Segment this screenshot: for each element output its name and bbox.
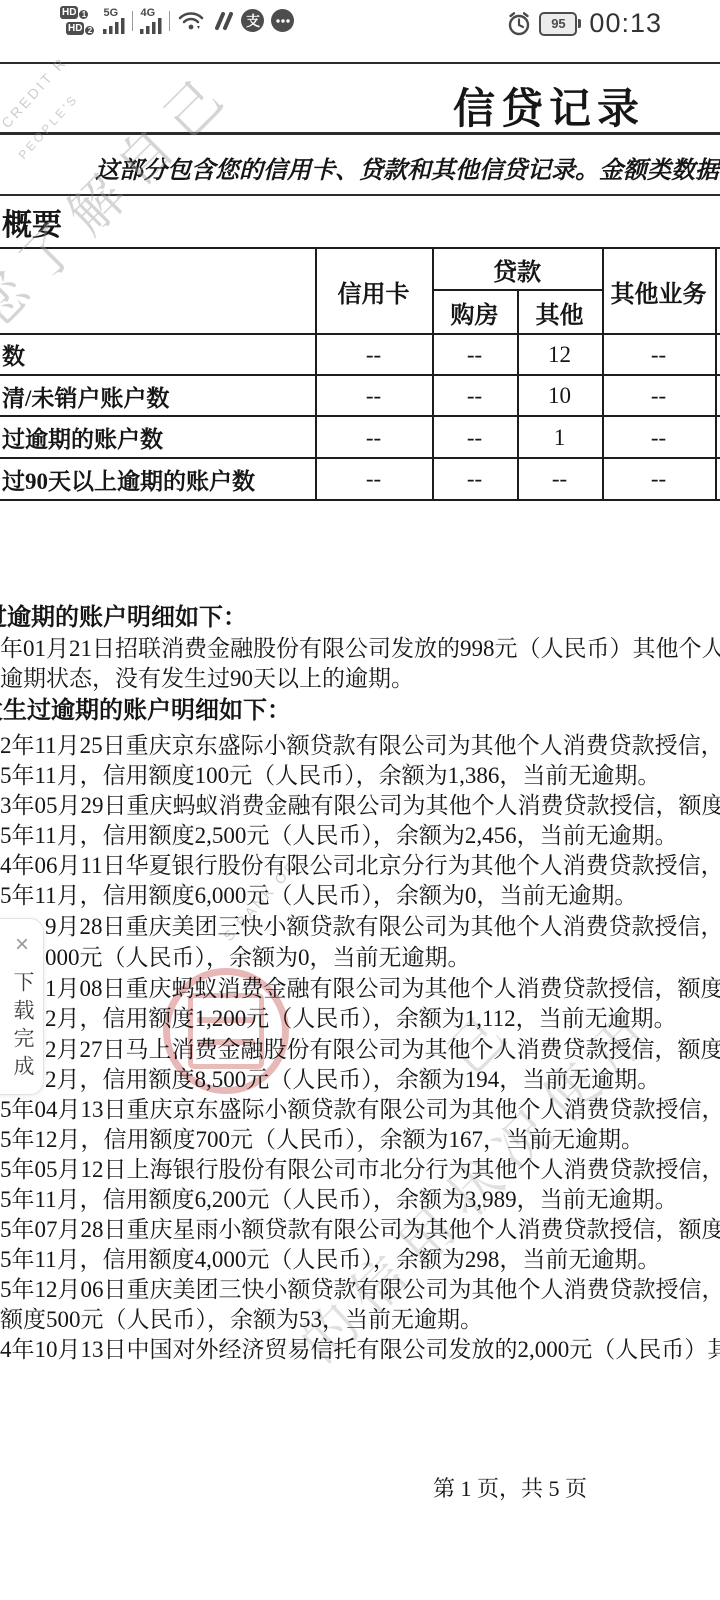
divider [0,62,720,64]
report-line: 5年11月，信用额度6,200元（人民币），余额为3,989，当前无逾期。 [0,1185,678,1215]
table-cell: -- [315,335,432,374]
table-cell: -- [602,418,715,457]
report-line: 000元（人民币），余额为0，当前无逾期。 [45,943,471,973]
table-cell: -- [432,335,517,374]
report-line: 年01月21日招联消费金融股份有限公司发放的998元（人民币）其他个人消费贷款 [0,634,720,664]
net2-label: 4G [140,8,155,18]
signal-bars-icon [103,18,125,34]
hd2-icon: HD 2 [66,22,94,35]
report-line: 5年07月28日重庆星雨小额贷款有限公司为其他个人消费贷款授信，额度有效期至 [0,1215,720,1245]
report-line: 2月27日马上消费金融股份有限公司为其他个人消费贷款授信，额度有效期至 [45,1035,720,1065]
signal-bars-icon [140,18,162,34]
hd-indicators: HD 1 HD 2 [60,6,94,35]
column-header-home: 购房 [432,291,517,333]
overdue-detail-heading: 过逾期的账户明细如下： [0,603,247,633]
sim1-signal: 5G [103,8,125,34]
table-cell: -- [602,459,715,499]
sim1-number: 1 [79,10,88,19]
report-line: 5年11月，信用额度2,500元（人民币），余额为2,456，当前无逾期。 [0,821,678,851]
page-number: 第 1 页，共 5 页 [330,1472,690,1503]
table-cell: -- [602,335,715,374]
report-line: 2月，信用额度8,500元（人民币），余额为194，当前无逾期。 [45,1065,660,1095]
column-header-other-business: 其他业务 [602,249,715,333]
status-left-icons: HD 1 HD 2 5G 4G [60,6,294,35]
table-cell: -- [315,377,432,415]
row-label: 过90天以上逾期的账户数 [2,459,255,499]
table-border [715,247,717,501]
battery-nub [578,19,581,28]
row-label: 清/未销户账户数 [2,377,169,415]
chat-bubble-icon [271,9,294,32]
report-line: 5年11月，信用额度100元（人民币），余额为1,386，当前无逾期。 [0,761,660,791]
table-cell: -- [315,418,432,457]
report-line: 4年10月13日中国对外经济贸易信托有限公司发放的2,000元（人民币）其他个人… [0,1335,720,1365]
double-slash-app-icon [212,9,234,33]
hd1-icon: HD 1 [60,6,94,19]
table-border [0,499,720,501]
past-overdue-heading: 发生过逾期的账户明细如下： [0,696,291,726]
report-line: 5年11月，信用额度4,000元（人民币），余额为298，当前无逾期。 [0,1245,660,1275]
phone-screen: CREDIT R PEOPLE'S S BANK OF 您了解自己 的信用状况使… [0,0,720,1600]
status-right-icons: 95 00:13 [507,8,662,39]
column-header-credit-card: 信用卡 [315,249,432,333]
report-line: 2年11月25日重庆京东盛际小额贷款有限公司为其他个人消费贷款授信，额度有效 [0,731,720,761]
report-line: 1月08日重庆蚂蚁消费金融有限公司为其他个人消费贷款授信，额度有效期至 [45,974,720,1004]
status-bar: HD 1 HD 2 5G 4G [0,0,720,58]
table-cell: -- [315,459,432,499]
report-line: 逾期状态，没有发生过90天以上的逾期。 [0,664,414,694]
report-line: 2月，信用额度1,200元（人民币），余额为1,112，当前无逾期。 [45,1004,677,1034]
hd1-label: HD [60,6,78,19]
alipay-icon: 支 [241,9,264,32]
report-line: 5年05月12日上海银行股份有限公司市北分行为其他个人消费贷款授信，额度有效 [0,1155,720,1185]
column-header-loan: 贷款 [432,249,602,289]
report-line: 3年05月29日重庆蚂蚁消费金融有限公司为其他个人消费贷款授信，额度有效期至 [0,791,720,821]
status-divider [132,11,133,31]
battery-indicator: 95 [539,12,581,36]
download-complete-label: 下载完成 [7,971,37,1083]
hd2-label: HD [66,22,84,35]
alarm-clock-icon [507,11,531,37]
close-icon[interactable]: × [15,933,29,957]
download-toast[interactable]: × 下载完成 [0,918,44,1095]
report-line: 9月28日重庆美团三快小额贷款有限公司为其他个人消费贷款授信，额度长期 [45,912,720,942]
table-cell: -- [432,377,517,415]
table-border [0,374,720,376]
report-line: 4年06月11日华夏银行股份有限公司北京分行为其他个人消费贷款授信，额度有效 [0,851,720,881]
battery-level: 95 [539,12,577,36]
report-line: 5年12月06日重庆美团三快小额贷款有限公司为其他个人消费贷款授信，额度长期 [0,1275,720,1305]
table-border [0,415,720,417]
column-header-other: 其他 [517,291,602,333]
sim2-number: 2 [85,26,94,35]
report-line: 额度500元（人民币），余额为53，当前无逾期。 [0,1305,483,1335]
row-label: 过逾期的账户数 [2,418,163,457]
sim2-signal: 4G [140,8,162,34]
table-cell: 1 [517,418,602,457]
net1-label: 5G [103,8,118,18]
table-cell: 10 [517,377,602,415]
report-line: 5年12月，信用额度700元（人民币），余额为167，当前无逾期。 [0,1125,644,1155]
table-cell: -- [602,377,715,415]
table-cell: -- [517,459,602,499]
table-cell: -- [432,418,517,457]
report-line: 5年11月，信用额度6,000元（人民币），余额为0，当前无逾期。 [0,881,637,911]
page-title: 信贷记录 [453,76,645,136]
clock-time: 00:13 [589,8,662,39]
table-cell: -- [432,459,517,499]
table-cell: 12 [517,335,602,374]
report-line: 5年04月13日重庆京东盛际小额贷款有限公司为其他个人消费贷款授信，额度有效 [0,1095,720,1125]
wifi-icon [177,9,205,33]
status-divider [169,11,170,31]
